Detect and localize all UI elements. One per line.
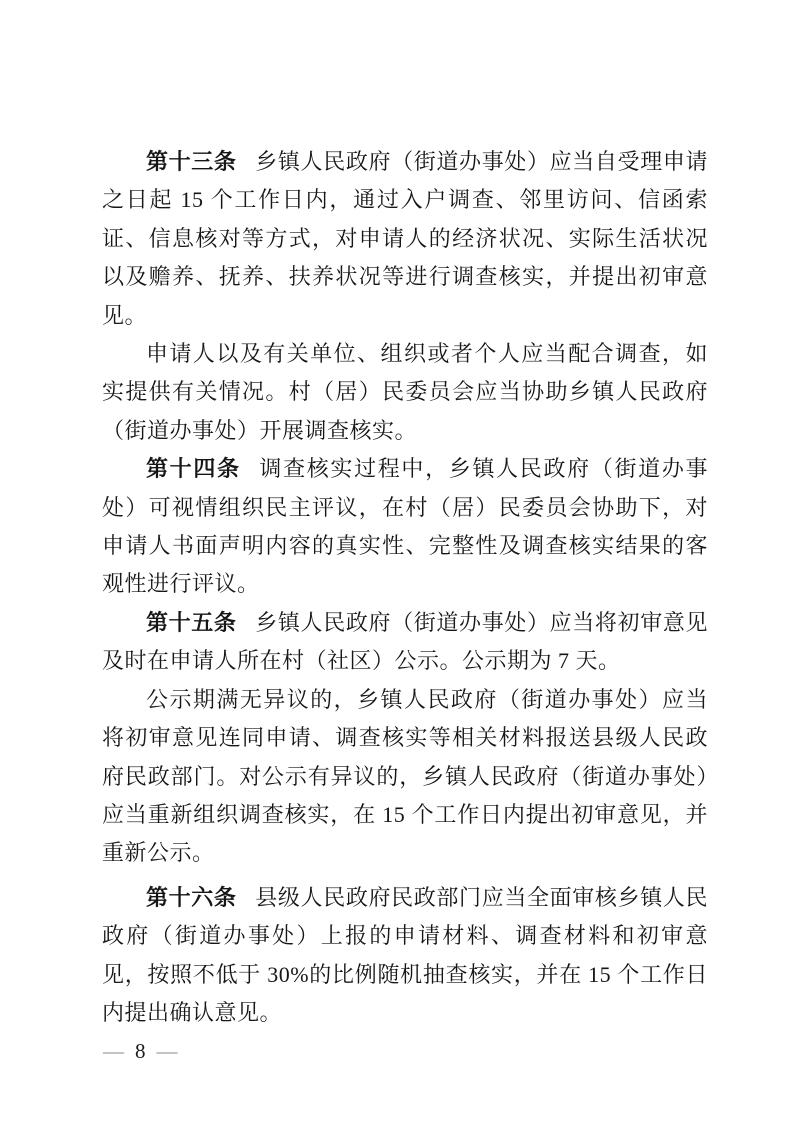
document-body: 第十三条乡镇人民政府（街道办事处）应当自受理申请之日起 15 个工作日内，通过入… — [102, 143, 708, 1032]
paragraph-article-16: 第十六条县级人民政府民政部门应当全面审核乡镇人民政府（街道办事处）上报的申请材料… — [102, 879, 708, 1033]
page-footer: —8— — [103, 1037, 180, 1065]
article-14-number: 第十四条 — [146, 456, 241, 481]
paragraph-publicity: 公示期满无异议的，乡镇人民政府（街道办事处）应当将初审意见连同申请、调查核实等相… — [102, 681, 708, 873]
page-number: 8 — [126, 1039, 157, 1063]
document-page: 第十三条乡镇人民政府（街道办事处）应当自受理申请之日起 15 个工作日内，通过入… — [0, 0, 793, 1122]
article-13-number: 第十三条 — [146, 149, 237, 174]
paragraph-article-13: 第十三条乡镇人民政府（街道办事处）应当自受理申请之日起 15 个工作日内，通过入… — [102, 143, 708, 335]
paragraph-article-14: 第十四条调查核实过程中，乡镇人民政府（街道办事处）可视情组织民主评议，在村（居）… — [102, 450, 708, 604]
footer-right-dash: — — [157, 1039, 180, 1063]
article-15-number: 第十五条 — [146, 610, 237, 635]
paragraph-publicity-text: 公示期满无异议的，乡镇人民政府（街道办事处）应当将初审意见连同申请、调查核实等相… — [102, 687, 708, 866]
article-16-number: 第十六条 — [146, 885, 237, 910]
paragraph-cooperation: 申请人以及有关单位、组织或者个人应当配合调查，如实提供有关情况。村（居）民委员会… — [102, 335, 708, 450]
paragraph-cooperation-text: 申请人以及有关单位、组织或者个人应当配合调查，如实提供有关情况。村（居）民委员会… — [102, 341, 708, 443]
paragraph-article-15: 第十五条乡镇人民政府（街道办事处）应当将初审意见及时在申请人所在村（社区）公示。… — [102, 604, 708, 681]
article-13-text: 乡镇人民政府（街道办事处）应当自受理申请之日起 15 个工作日内，通过入户调查、… — [102, 149, 708, 328]
footer-left-dash: — — [103, 1039, 126, 1063]
